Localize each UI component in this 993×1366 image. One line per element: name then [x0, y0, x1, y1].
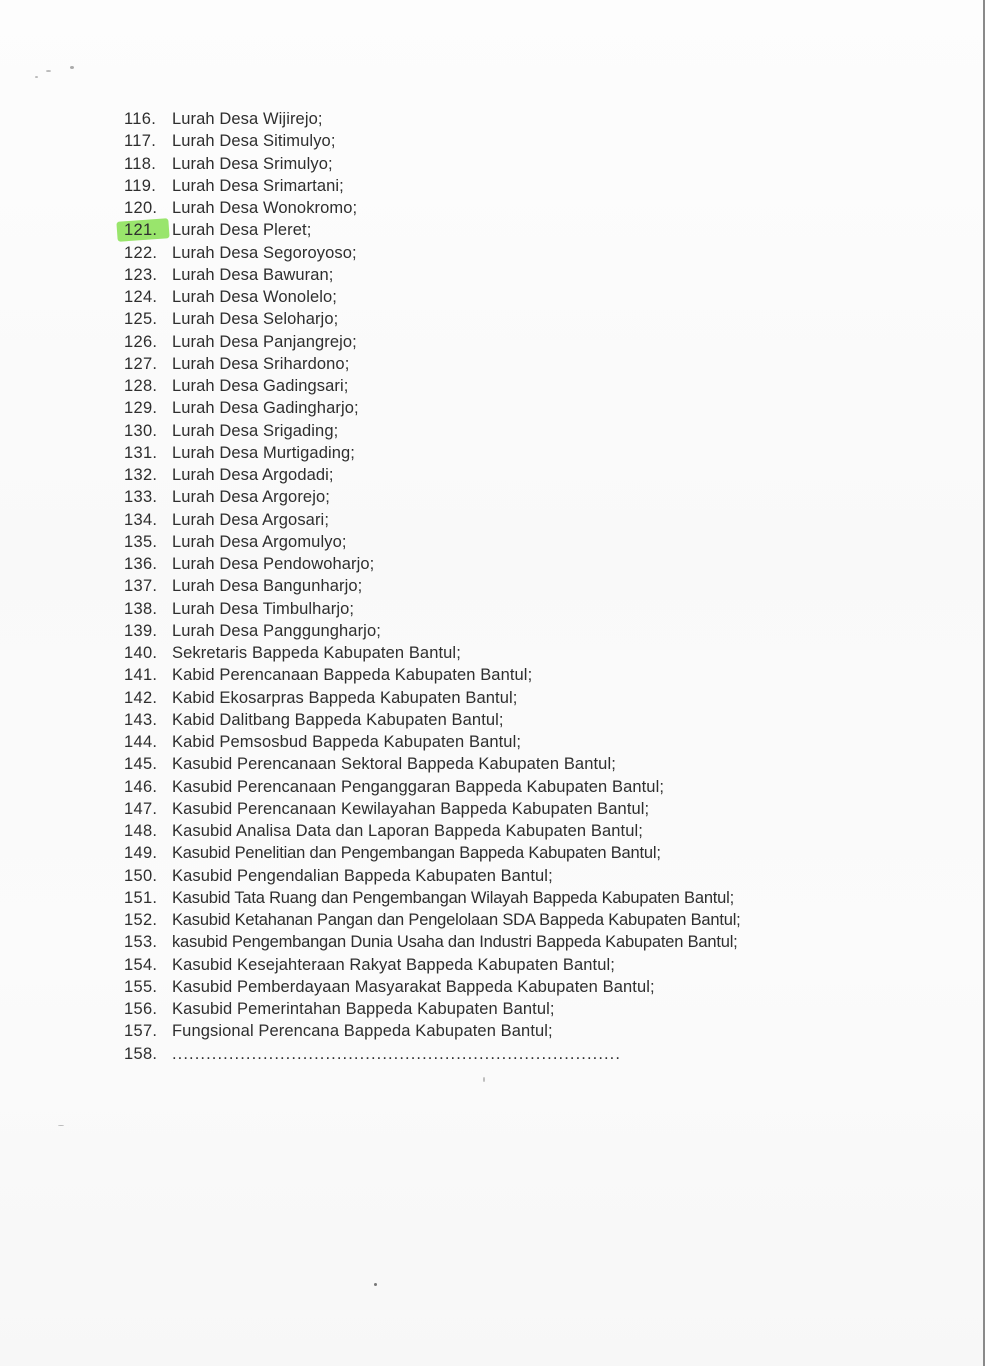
item-text: Fungsional Perencana Bappeda Kabupaten B… [172, 1020, 553, 1042]
item-text: Sekretaris Bappeda Kabupaten Bantul; [172, 642, 461, 664]
item-text: kasubid Pengembangan Dunia Usaha dan Ind… [172, 931, 738, 953]
scan-speck [46, 70, 51, 72]
item-number: 119. [124, 175, 168, 197]
item-text: Kasubid Pengendalian Bappeda Kabupaten B… [172, 865, 553, 887]
item-number: 158. [124, 1043, 168, 1065]
item-number: 131. [124, 442, 168, 464]
item-text: Lurah Desa Timbulharjo; [172, 598, 354, 620]
item-number: 132. [124, 464, 168, 486]
scan-speck [483, 1077, 485, 1082]
item-text: Kasubid Tata Ruang dan Pengembangan Wila… [172, 887, 734, 909]
item-text: Lurah Desa Srigading; [172, 420, 338, 442]
item-number: 139. [124, 620, 168, 642]
item-number: 141. [124, 664, 168, 686]
item-text: Lurah Desa Wonokromo; [172, 197, 357, 219]
item-text: Lurah Desa Gadingsari; [172, 375, 348, 397]
scan-speck [58, 1125, 64, 1126]
scan-speck [35, 76, 38, 78]
item-number: 146. [124, 776, 168, 798]
item-number: 150. [124, 865, 168, 887]
item-number: 137. [124, 575, 168, 597]
item-number: 123. [124, 264, 168, 286]
item-number: 126. [124, 331, 168, 353]
item-text: Lurah Desa Srihardono; [172, 353, 349, 375]
item-text: Lurah Desa Panggungharjo; [172, 620, 381, 642]
item-number: 152. [124, 909, 168, 931]
item-text: Kasubid Kesejahteraan Rakyat Bappeda Kab… [172, 954, 615, 976]
item-text: Lurah Desa Sitimulyo; [172, 130, 336, 152]
item-number: 155. [124, 976, 168, 998]
item-number: 134. [124, 509, 168, 531]
item-number: 153. [124, 931, 168, 953]
item-number: 149. [124, 842, 168, 864]
item-text: Kasubid Pemerintahan Bappeda Kabupaten B… [172, 998, 555, 1020]
item-text: Kasubid Pemberdayaan Masyarakat Bappeda … [172, 976, 655, 998]
item-text: Lurah Desa Argorejo; [172, 486, 330, 508]
item-number: 136. [124, 553, 168, 575]
item-text: Lurah Desa Wijirejo; [172, 108, 323, 130]
item-text: Lurah Desa Seloharjo; [172, 308, 338, 330]
item-text: Kabid Ekosarpras Bappeda Kabupaten Bantu… [172, 687, 517, 709]
item-number: 147. [124, 798, 168, 820]
item-number: 154. [124, 954, 168, 976]
item-text: Lurah Desa Segoroyoso; [172, 242, 357, 264]
item-text: Lurah Desa Panjangrejo; [172, 331, 357, 353]
item-number: 135. [124, 531, 168, 553]
item-number: 121. [124, 219, 168, 241]
item-number: 125. [124, 308, 168, 330]
item-text: Kabid Pemsosbud Bappeda Kabupaten Bantul… [172, 731, 521, 753]
item-number: 143. [124, 709, 168, 731]
item-number: 127. [124, 353, 168, 375]
item-text: Lurah Desa Bawuran; [172, 264, 334, 286]
item-number: 157. [124, 1020, 168, 1042]
item-text: Lurah Desa Argodadi; [172, 464, 334, 486]
scan-speck [374, 1283, 377, 1286]
item-text: Lurah Desa Gadingharjo; [172, 397, 359, 419]
item-number: 156. [124, 998, 168, 1020]
item-number: 129. [124, 397, 168, 419]
scan-speck [70, 66, 74, 69]
item-text: Lurah Desa Argomulyo; [172, 531, 347, 553]
item-text: Kabid Perencanaan Bappeda Kabupaten Bant… [172, 664, 532, 686]
item-text: Lurah Desa Wonolelo; [172, 286, 337, 308]
item-number: 144. [124, 731, 168, 753]
item-text: Lurah Desa Srimartani; [172, 175, 344, 197]
item-text: Kasubid Perencanaan Kewilayahan Bappeda … [172, 798, 649, 820]
item-number: 128. [124, 375, 168, 397]
item-text: Kasubid Perencanaan Sektoral Bappeda Kab… [172, 753, 616, 775]
item-number: 142. [124, 687, 168, 709]
item-number: 140. [124, 642, 168, 664]
blank-fill-line: ........................................… [172, 1043, 620, 1065]
item-number: 117. [124, 130, 168, 152]
item-number: 118. [124, 153, 168, 175]
item-text: Lurah Desa Pendowoharjo; [172, 553, 374, 575]
item-number: 151. [124, 887, 168, 909]
scanner-background [985, 0, 993, 1366]
item-number: 148. [124, 820, 168, 842]
item-number: 138. [124, 598, 168, 620]
item-text: Lurah Desa Pleret; [172, 219, 311, 241]
item-number: 133. [124, 486, 168, 508]
item-text: Lurah Desa Bangunharjo; [172, 575, 362, 597]
item-number: 116. [124, 108, 168, 130]
item-text: Kasubid Analisa Data dan Laporan Bappeda… [172, 820, 643, 842]
item-text: Lurah Desa Argosari; [172, 509, 329, 531]
item-text: Lurah Desa Srimulyo; [172, 153, 333, 175]
item-number: 145. [124, 753, 168, 775]
item-text: Kasubid Perencanaan Penganggaran Bappeda… [172, 776, 664, 798]
item-number: 122. [124, 242, 168, 264]
item-text: Kasubid Penelitian dan Pengembangan Bapp… [172, 842, 661, 864]
item-text: Kasubid Ketahanan Pangan dan Pengelolaan… [172, 909, 741, 931]
scanned-page: 116.Lurah Desa Wijirejo;117.Lurah Desa S… [0, 0, 983, 1366]
item-number: 120. [124, 197, 168, 219]
item-text: Lurah Desa Murtigading; [172, 442, 355, 464]
item-number: 130. [124, 420, 168, 442]
item-text: Kabid Dalitbang Bappeda Kabupaten Bantul… [172, 709, 504, 731]
item-number: 124. [124, 286, 168, 308]
